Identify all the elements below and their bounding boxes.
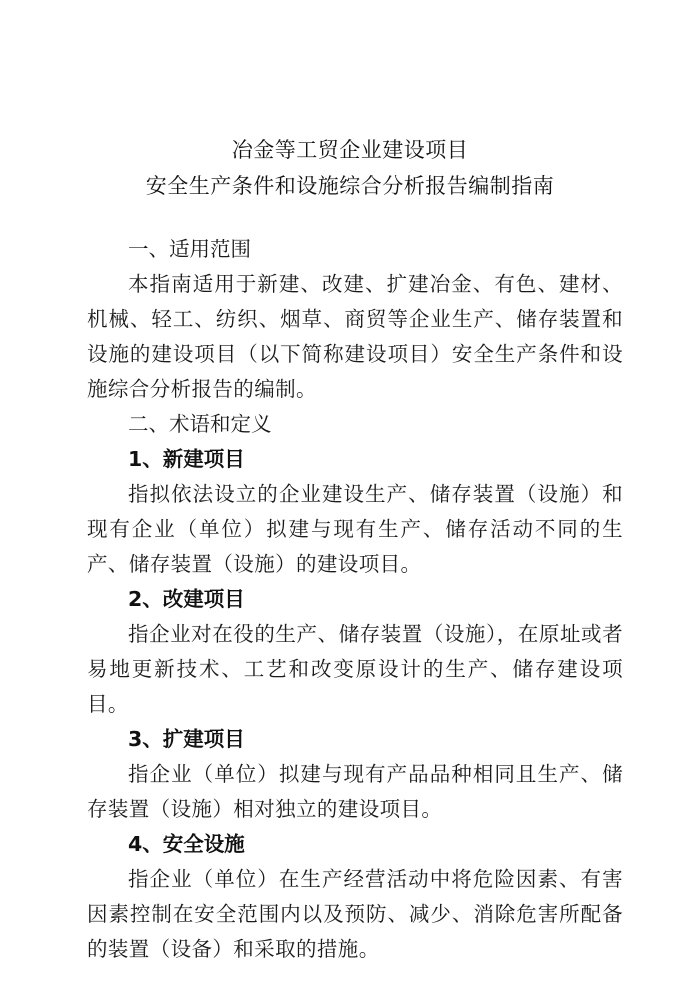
term-definition-expansion-project: 指企业（单位）拟建与现有产品品种相同且生产、储存装置（设施）相对独立的建设项目。 bbox=[87, 757, 623, 827]
term-heading-new-project: 1、新建项目 bbox=[87, 442, 623, 477]
term-definition-new-project: 指拟依法设立的企业建设生产、储存装置（设施）和现有企业（单位）拟建与现有生产、储… bbox=[87, 477, 623, 582]
document-body: 一、适用范围 本指南适用于新建、改建、扩建冶金、有色、建材、机械、轻工、纺织、烟… bbox=[87, 232, 623, 967]
section-heading-scope: 一、适用范围 bbox=[87, 232, 623, 267]
term-heading-renovation-project: 2、改建项目 bbox=[87, 582, 623, 617]
section-paragraph-scope: 本指南适用于新建、改建、扩建冶金、有色、建材、机械、轻工、纺织、烟草、商贸等企业… bbox=[87, 267, 623, 407]
title-line-1: 冶金等工贸企业建设项目 bbox=[0, 132, 700, 168]
document-title: 冶金等工贸企业建设项目 安全生产条件和设施综合分析报告编制指南 bbox=[0, 132, 700, 204]
term-heading-expansion-project: 3、扩建项目 bbox=[87, 722, 623, 757]
title-line-2: 安全生产条件和设施综合分析报告编制指南 bbox=[0, 168, 700, 204]
section-heading-terms: 二、术语和定义 bbox=[87, 407, 623, 442]
document-page: 冶金等工贸企业建设项目 安全生产条件和设施综合分析报告编制指南 一、适用范围 本… bbox=[0, 0, 700, 990]
term-definition-renovation-project: 指企业对在役的生产、储存装置（设施），在原址或者易地更新技术、工艺和改变原设计的… bbox=[87, 617, 623, 722]
term-definition-safety-facilities: 指企业（单位）在生产经营活动中将危险因素、有害因素控制在安全范围内以及预防、减少… bbox=[87, 862, 623, 967]
term-heading-safety-facilities: 4、安全设施 bbox=[87, 827, 623, 862]
